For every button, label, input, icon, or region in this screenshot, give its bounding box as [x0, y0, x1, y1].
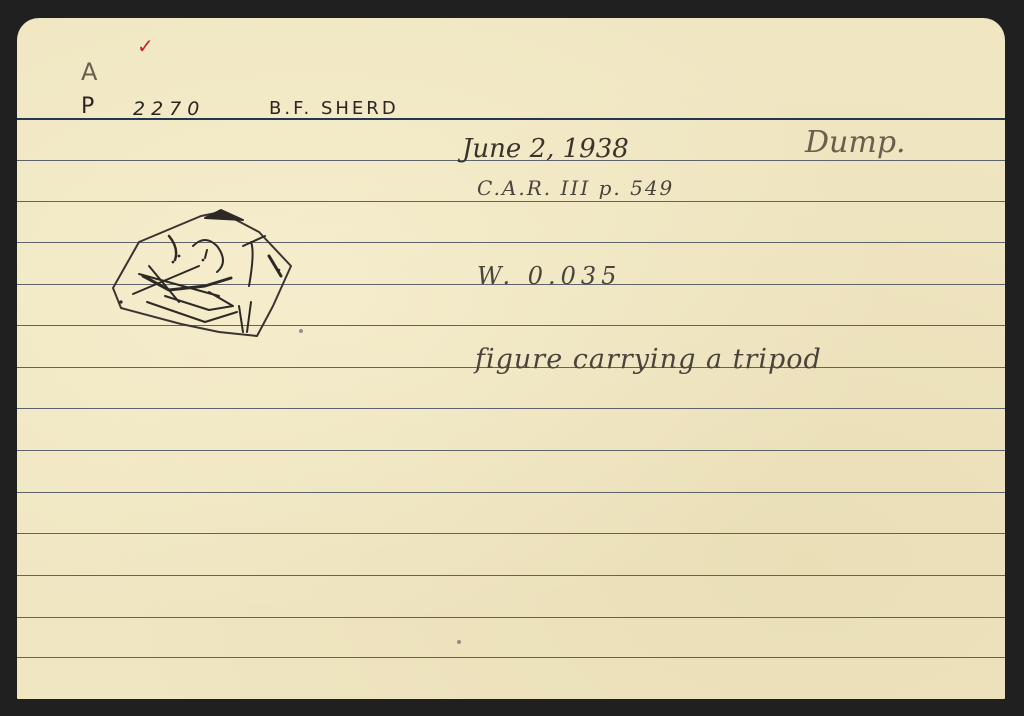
inventory-number: 2270 — [133, 100, 205, 119]
inventory-prefix: P — [81, 96, 97, 118]
ruled-line — [17, 408, 1005, 409]
description-entry: figure carrying a tripod — [475, 346, 822, 373]
sherd-sketch-drawing — [109, 206, 295, 340]
index-card: A ✓ P 2270 B.F. SHERD June 2, 1938 Dump.… — [17, 18, 1005, 699]
paper-speck — [299, 329, 303, 333]
card-title: B.F. SHERD — [269, 100, 399, 118]
ruled-line — [17, 450, 1005, 451]
findspot-entry: Dump. — [805, 128, 906, 158]
section-letter: A — [81, 60, 100, 84]
date-entry: June 2, 1938 — [462, 136, 629, 162]
paper-speck — [457, 640, 461, 644]
ruled-line — [17, 657, 1005, 658]
ruled-line — [17, 201, 1005, 202]
ruled-line — [17, 575, 1005, 576]
ruled-line — [17, 617, 1005, 618]
reference-entry: C.A.R. III p. 549 — [477, 178, 674, 198]
ruled-line — [17, 492, 1005, 493]
ruled-line — [17, 533, 1005, 534]
scan-backdrop: A ✓ P 2270 B.F. SHERD June 2, 1938 Dump.… — [0, 0, 1024, 716]
check-mark-icon: ✓ — [137, 36, 154, 56]
dimension-entry: W. 0.035 — [477, 264, 621, 288]
